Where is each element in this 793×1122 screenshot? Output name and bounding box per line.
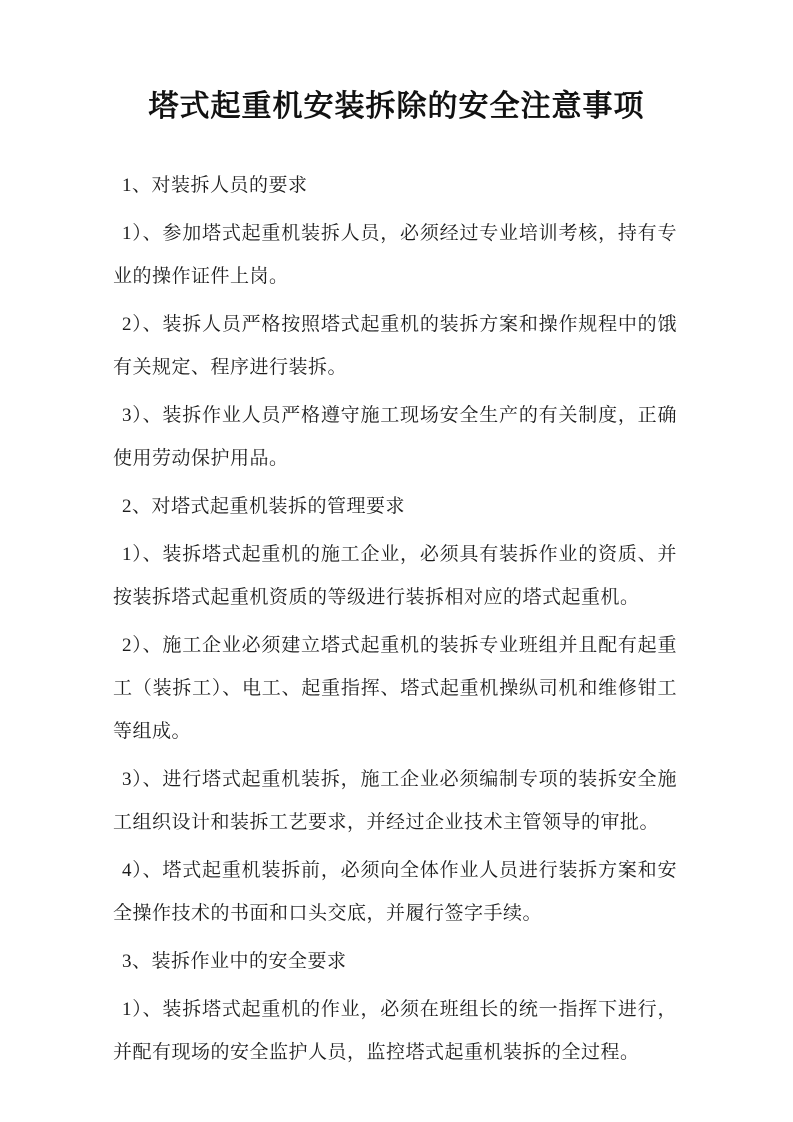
paragraph: 3）、装拆作业人员严格遵守施工现场安全生产的有关制度，正确使用劳动保护用品。 — [113, 394, 677, 480]
paragraph: 3）、进行塔式起重机装拆，施工企业必须编制专项的装拆安全施工组织设计和装拆工艺要… — [113, 758, 677, 844]
paragraph: 1）、参加塔式起重机装拆人员，必须经过专业培训考核，持有专业的操作证件上岗。 — [113, 212, 677, 298]
paragraph: 4）、塔式起重机装拆前，必须向全体作业人员进行装拆方案和安全操作技术的书面和口头… — [113, 849, 677, 935]
document-page: 塔式起重机安装拆除的安全注意事项 1、对装拆人员的要求 1）、参加塔式起重机装拆… — [0, 0, 793, 1122]
section-heading-2: 2、对塔式起重机装拆的管理要求 — [113, 485, 677, 528]
document-body: 1、对装拆人员的要求 1）、参加塔式起重机装拆人员，必须经过专业培训考核，持有专… — [113, 164, 677, 1074]
paragraph: 2）、施工企业必须建立塔式起重机的装拆专业班组并且配有起重工（装拆工）、电工、起… — [113, 624, 677, 753]
section-heading-3: 3、装拆作业中的安全要求 — [113, 940, 677, 983]
paragraph: 1）、装拆塔式起重机的作业，必须在班组长的统一指挥下进行，并配有现场的安全监护人… — [113, 988, 677, 1074]
paragraph: 2）、装拆人员严格按照塔式起重机的装拆方案和操作规程中的饿有关规定、程序进行装拆… — [113, 303, 677, 389]
paragraph: 1）、装拆塔式起重机的施工企业，必须具有装拆作业的资质、并按装拆塔式起重机资质的… — [113, 533, 677, 619]
section-heading-1: 1、对装拆人员的要求 — [113, 164, 677, 207]
document-title: 塔式起重机安装拆除的安全注意事项 — [0, 0, 793, 130]
